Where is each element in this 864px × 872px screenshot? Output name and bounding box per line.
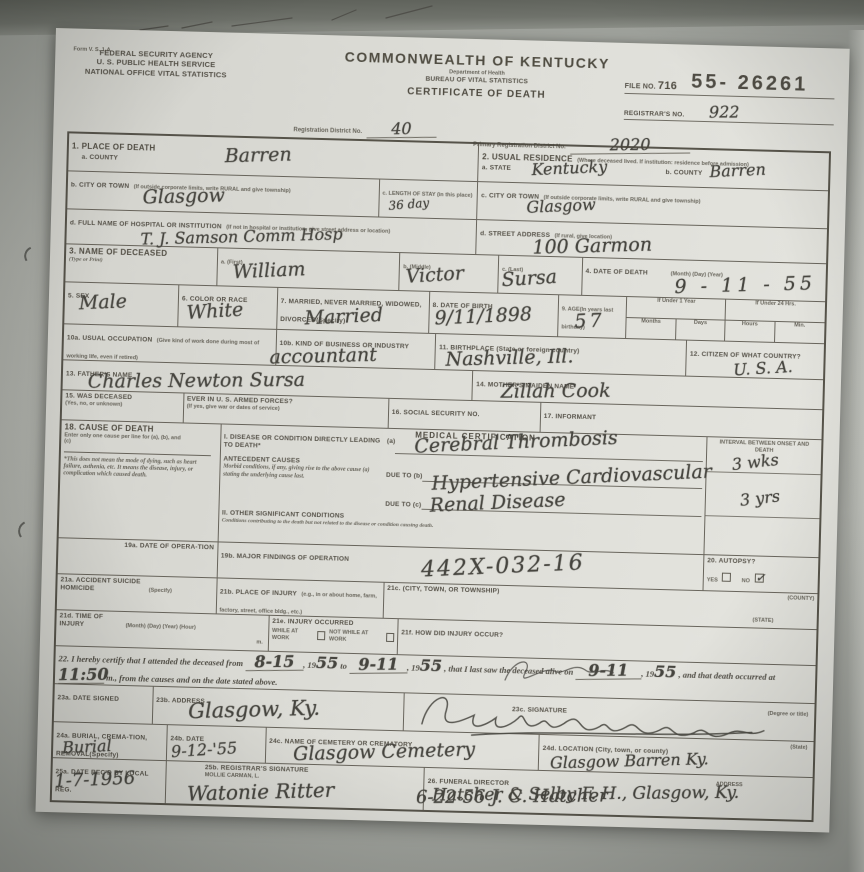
residence-county-label: b. COUNTY [665, 169, 702, 178]
field-color-race: 6. COLOR OR RACE White [178, 285, 278, 329]
file-no-value: 55- 26261 [691, 71, 809, 97]
field-name-section: 3. NAME OF DECEASED (Type or Print) [65, 244, 218, 285]
field-physician-address: 23b. ADDRESS Glasgow, Ky. [153, 687, 405, 731]
operation-date-label: 19a. DATE OF OPERA-TION [61, 540, 214, 552]
burial-value: Burial [62, 738, 112, 756]
field-ssn: 16. SOCIAL SECURITY NO. [388, 399, 541, 432]
under-1-year-label: If Under 1 Year [627, 297, 726, 319]
certify-y-pre: , 19 [303, 660, 316, 670]
industry-value: accountant [270, 346, 378, 368]
injury-time-label: 21d. TIME OF INJURY [59, 612, 121, 630]
residence-county-value: Barren [709, 162, 766, 180]
agency-block: FEDERAL SECURITY AGENCY U. S. PUBLIC HEA… [85, 48, 228, 80]
cause-part1-label: I. DISEASE OR CONDITION DIRECTLY LEADING… [224, 434, 387, 455]
dob-value: 9/11/1898 [434, 305, 532, 328]
findings-label: 19b. MAJOR FINDINGS OF OPERATION [221, 552, 349, 562]
findings-value: 442X-032-16 [421, 552, 586, 581]
injury-place-label: 21b. PLACE OF INJURY [220, 588, 297, 597]
field-cause-sidebar: 18. CAUSE OF DEATH Enter only one cause … [59, 420, 222, 541]
title-block: COMMONWEALTH OF KENTUCKY Department of H… [326, 48, 627, 104]
field-injury-occurred: 21e. INJURY OCCURRED WHILE AT WORK NOT W… [269, 616, 399, 654]
accident-note: (Specify) [149, 588, 172, 595]
days-label: Days [676, 319, 726, 341]
burial-date-value: 9-12-'55 [171, 740, 238, 760]
address-value: Glasgow, Ky. [188, 698, 320, 722]
field-cemetery-location: 24d. LOCATION (City, town, or county) (S… [539, 735, 813, 777]
injury-city-label: 21c. (CITY, TOWN, OR TOWNSHIP) [387, 585, 499, 596]
field-burial-date: 24b. DATE 9-12-'55 [167, 725, 267, 763]
file-number-block: FILE NO. 716 55- 26261 REGISTRAR'S NO. 9… [624, 69, 835, 125]
certify-alive-year: 55 [654, 662, 677, 682]
cause-c-label: DUE TO (c) [385, 500, 421, 509]
citizen-value: U. S. A. [733, 359, 793, 379]
field-date-of-birth: 8. DATE OF BIRTH 9/11/1898 [429, 292, 559, 336]
middle-name-value: Victor [405, 264, 464, 287]
field-under-age-table: If Under 1 Year If Under 24 Hrs. Months … [626, 297, 825, 343]
cause-b-label: DUE TO (b) [386, 472, 423, 481]
field-last-name: c. (Last) Sursa [498, 256, 583, 295]
birthplace-value: Nashville, Ill. [446, 347, 574, 369]
certify-y-pre2: , 19 [407, 662, 420, 672]
interval-a-value: 3 wks [731, 452, 779, 473]
date-received-value: 1-7-1956 [54, 770, 136, 792]
field-accident-suicide: 21a. ACCIDENT SUICIDE HOMICIDE (Specify) [57, 574, 217, 613]
divider [705, 515, 819, 519]
autopsy-no-label: NO [742, 578, 750, 584]
field-middle-name: b. (Middle) Victor [400, 253, 500, 293]
row-cause-of-death: 18. CAUSE OF DEATH Enter only one cause … [59, 420, 822, 558]
certify-to-value: 9-11 [349, 656, 407, 674]
mother-value: Zillah Cook [501, 382, 611, 402]
photo-light-right-edge [848, 30, 864, 872]
certify-p6: m., from the causes and on the date stat… [106, 672, 278, 686]
file-no-label: FILE NO. [625, 83, 656, 93]
field-burial-type: 24a. BURIAL, CREMA-TION, REMOVAL(Specify… [53, 722, 168, 760]
sex-value: Male [78, 292, 127, 313]
field-cemetery: 24c. NAME OF CEMETERY OR CREMATORY Glasg… [266, 728, 540, 770]
divider [64, 451, 211, 456]
informant-label: 17. INFORMANT [544, 413, 597, 421]
field-armed-forces-b: EVER IN U. S. ARMED FORCES? (If yes, giv… [183, 393, 389, 427]
autopsy-label: 20. AUTOPSY? [707, 557, 815, 568]
field-autopsy: 20. AUTOPSY? YES NO ✓ [703, 555, 818, 593]
residence-state-label: a. STATE [482, 164, 511, 173]
field-date-signed: 23a. DATE SIGNED [54, 684, 154, 724]
accident-label: 21a. ACCIDENT SUICIDE HOMICIDE [60, 576, 144, 594]
certify-from-year: 55 [316, 653, 339, 673]
hours-label: Hours [725, 320, 775, 342]
field-interval: INTERVAL BETWEEN ONSET AND DEATH 3 wks 3… [704, 437, 821, 557]
location-state-label: (State) [790, 744, 807, 751]
registrars-no-label: REGISTRAR'S NO. [624, 110, 685, 120]
field-sex: 5. SEX Male [64, 282, 179, 326]
residence-state-value: Kentucky [531, 159, 607, 178]
reg-district-value: 40 [367, 121, 437, 139]
pencil-crescent-mark [21, 243, 53, 272]
hospital-value: T. J. Samson Comm Hosp [140, 226, 342, 247]
injury-state-label: (STATE) [752, 618, 773, 625]
field-cause-main: MEDICAL CERTIFICATION I. DISEASE OR COND… [218, 424, 707, 554]
field-marital-status: 7. MARRIED, NEVER MARRIED, WIDOWED, DIVO… [277, 288, 430, 333]
marital-value: Married [304, 306, 383, 328]
divider [707, 471, 821, 475]
time-of-death-scribble [499, 650, 620, 693]
field-armed-forces-a: 15. WAS DECEASED (Yes, no, or unknown) [62, 390, 184, 422]
ssn-label: 16. SOCIAL SECURITY NO. [392, 409, 480, 418]
residence-city-value: Glasgow [527, 197, 597, 216]
dod-value: 9 - 11 - 55 [674, 274, 816, 297]
interval-b-value: 3 yrs [739, 488, 781, 508]
field-time-of-injury: 21d. TIME OF INJURY (Month) (Day) (Year)… [56, 610, 270, 651]
death-certificate-document: Form V. S. 1-A FEDERAL SECURITY AGENCY U… [35, 28, 849, 833]
funeral-director-extra-note: 6-22-56 J. C. Hatcher [416, 787, 608, 807]
field-birthplace: 11. BIRTHPLACE (State or foreign country… [436, 334, 688, 376]
father-value: Charles Newton Sursa [87, 371, 304, 392]
registration-district: Registration District No. 40 [293, 118, 437, 140]
registrars-no-value: 922 [708, 104, 739, 120]
certify-p2: to [340, 661, 347, 671]
while-at-work-label: WHILE AT WORK [272, 628, 313, 642]
certify-to-year: 55 [420, 656, 443, 676]
certify-p5: , and that death occurred at [678, 670, 775, 683]
age-value: 57 [574, 311, 605, 331]
field-citizen: 12. CITIZEN OF WHAT COUNTRY? U. S. A. [686, 341, 824, 380]
photo-background: Form V. S. 1-A FEDERAL SECURITY AGENCY U… [0, 0, 864, 872]
autopsy-yes-label: YES [707, 577, 718, 583]
field-date-of-operation: 19a. DATE OF OPERA-TION [58, 538, 218, 577]
field-registrar-signature: 25b. REGISTRAR'S SIGNATURE MOLLIE CARMAN… [166, 761, 425, 810]
field-place-of-injury: 21b. PLACE OF INJURY (e.g., in or about … [216, 578, 384, 617]
form-grid: 1. PLACE OF DEATH a. COUNTY Barren 2. US… [50, 131, 831, 822]
autopsy-yes-checkbox [722, 573, 731, 582]
reg-district-label: Registration District No. [293, 127, 362, 135]
under-24-hrs-label: If Under 24 Hrs. [726, 300, 825, 322]
dod-label: 4. DATE OF DEATH [585, 268, 666, 278]
how-injury-label: 21f. HOW DID INJURY OCCUR? [401, 629, 503, 639]
stay-value: 36 day [388, 197, 430, 212]
cemetery-value: Glasgow Cemetery [293, 740, 475, 764]
certify-from-value: 8-15 [245, 654, 303, 672]
while-at-work-checkbox [317, 631, 326, 640]
place-city-label: b. CITY OR TOWN [71, 181, 130, 190]
field-length-of-stay: c. LENGTH OF STAY (in this place) 36 day [379, 180, 479, 220]
occupation-label: 10a. USUAL OCCUPATION [67, 334, 153, 343]
place-section-label: 1. PLACE OF DEATH [72, 141, 156, 152]
field-industry: 10b. KIND OF BUSINESS OR INDUSTRY accoun… [276, 330, 436, 369]
autopsy-no-checkbox: ✓ [754, 574, 763, 583]
field-occupation: 10a. USUAL OCCUPATION (Give kind of work… [63, 324, 277, 365]
injury-time-cols: (Month) (Day) (Year) (Hour) [125, 623, 195, 631]
county-value: Barren [224, 145, 291, 166]
file-no-stamp: 716 [658, 80, 678, 94]
min-label: Min. [775, 321, 825, 343]
certify-y-pre3: , 19 [641, 669, 654, 679]
place-city-value: Glasgow [142, 186, 225, 207]
field-date-of-death: 4. DATE OF DEATH (Month) (Day) (Year) 9 … [582, 258, 826, 301]
not-while-at-work-label: NOT WHILE AT WORK [329, 629, 382, 644]
injury-county-label: (COUNTY) [787, 595, 814, 604]
cause-enter-note: Enter only one cause per line for (a), (… [64, 432, 186, 448]
cause-footnote: *This does not mean the mode of dying, s… [63, 456, 204, 481]
registrar-signature-value: Watonie Ritter [186, 780, 334, 804]
street-value: 100 Garmon [533, 236, 653, 258]
date-signed-label: 23a. DATE SIGNED [57, 694, 119, 703]
autopsy-no-checkmark: ✓ [755, 572, 765, 584]
field-first-name: a. (First) William [217, 248, 400, 290]
first-name-value: William [232, 260, 306, 282]
last-name-value: Sursa [502, 268, 558, 290]
months-label: Months [626, 318, 676, 340]
cause-c-value: Renal Disease [430, 490, 567, 515]
field-date-received: 25a. DATE REC'D BY LOCAL REG. 1-7-1956 [52, 758, 167, 803]
not-while-at-work-checkbox [386, 633, 395, 642]
location-value: Glasgow Barren Ky. [550, 751, 709, 771]
certify-time-value: 11:50 [58, 666, 104, 683]
injury-time-m: m. [256, 640, 263, 647]
certify-num: 22. [58, 653, 69, 663]
morbid-note: Morbid conditions, if any, giving rise t… [222, 464, 386, 509]
race-value: White [186, 301, 244, 323]
field-age: 9. AGE(In years last birthday) 57 [558, 295, 627, 338]
